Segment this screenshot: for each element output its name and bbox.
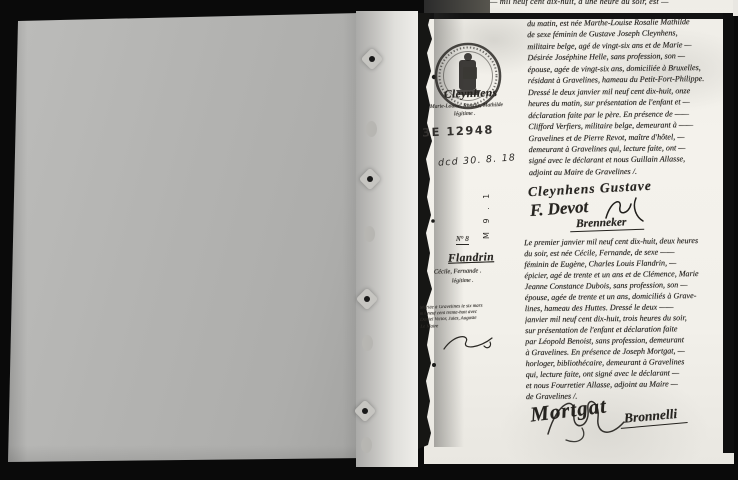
binding-nub-icon: [361, 437, 372, 453]
marriage-margin-note: Mariée à Gravelines le six marsmil neuf …: [420, 302, 525, 330]
binding-nub-icon: [364, 226, 375, 242]
entry7-act-text: du matin, est née Marthe-Louise Rosalie …: [527, 16, 723, 179]
film-corner-sliver: [733, 0, 738, 16]
binding-nub-icon: [362, 335, 373, 351]
binding-nub-icon: [366, 121, 377, 137]
entry8-act-text: Le premier janvier mil neuf cent dix-hui…: [524, 235, 720, 402]
page-edge-shading: [6, 10, 364, 468]
margin-signature-flourish: [440, 332, 498, 356]
margin-given-names: Cécile, Fernande .: [434, 267, 482, 275]
handwritten-line: Clifford Verfiers, militaire belge, deme…: [528, 119, 722, 133]
binding-gutter: [356, 11, 418, 467]
margin-surname: Cleynhens: [444, 87, 498, 101]
cut-off-top-line: — mil neuf cent dix-huit, à une heure du…: [490, 0, 722, 11]
film-reel-mark: M 9 . 1: [482, 183, 491, 239]
binding-tie-icon: [361, 48, 384, 71]
left-blank-page: [6, 10, 364, 468]
film-frame-right: [723, 13, 734, 453]
act-number: N° 8: [456, 235, 469, 245]
register-page: — mil neuf cent dix-huit, à une heure du…: [424, 0, 734, 464]
binding-tie-icon: [356, 288, 379, 311]
register-scan: — mil neuf cent dix-huit, à une heure du…: [0, 0, 738, 480]
margin-status: légitime .: [452, 278, 474, 285]
binding-tie-icon: [354, 400, 377, 423]
film-edge-shadow: [424, 0, 490, 13]
handwritten-line: résidant à Gravelines, hameau du Petit-F…: [528, 73, 722, 87]
official-seal-icon: [432, 40, 504, 112]
handwritten-line: adjoint au Maire de Gravelines /.: [529, 165, 723, 179]
signature-flourish: [536, 392, 632, 446]
signature-officer: Brenneker: [570, 216, 645, 233]
archive-code: 3E 12948: [422, 122, 494, 139]
margin-status: légitime .: [454, 111, 476, 118]
margin-surname: Flandrin: [448, 251, 494, 265]
binding-tie-icon: [359, 168, 382, 191]
